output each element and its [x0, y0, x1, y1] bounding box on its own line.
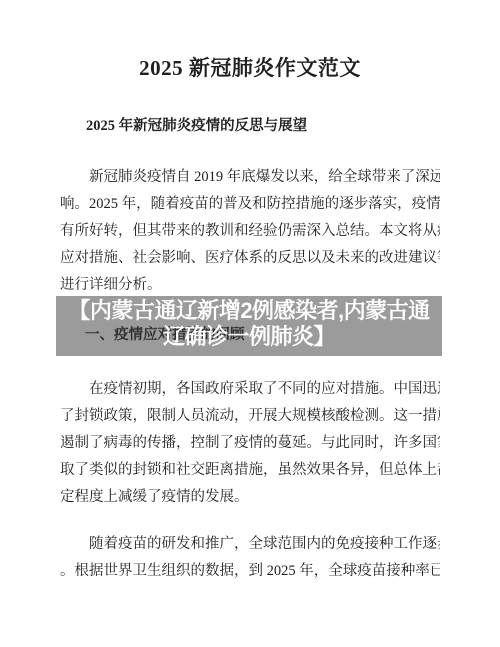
paragraph-line: 进行详细分析。 — [60, 272, 440, 299]
overlay-banner-text: 【内蒙古通辽新增2例感染者,内蒙古通 辽确诊一例肺炎】 — [56, 296, 442, 356]
paragraph-response-measures: 在疫情初期，各国政府采取了不同的应对措施。中国迅速实施 了封锁政策，限制人员流动… — [60, 376, 440, 511]
essay-subtitle: 2025 年新冠肺炎疫情的反思与展望 — [60, 116, 440, 136]
paragraph-intro: 新冠肺炎疫情自 2019 年底爆发以来，给全球带来了深远的影 响。2025 年，… — [60, 164, 440, 299]
paragraph-line: 随着疫苗的研发和推广，全球范围内的免疫接种工作逐步展开 — [60, 531, 440, 558]
paragraph-line: 应对措施、社会影响、医疗体系的反思以及未来的改进建议等方面 — [60, 245, 440, 272]
overlay-line: 辽确诊一例肺炎】 — [56, 324, 442, 350]
paragraph-line: 有所好转，但其带来的教训和经验仍需深入总结。本文将从疫情的 — [60, 218, 440, 245]
paragraph-line: 取了类似的封锁和社交距离措施，虽然效果各异，但总体上都在一 — [60, 457, 440, 484]
overlay-line: 【内蒙古通辽新增2例感染者,内蒙古通 — [56, 298, 442, 324]
document-page: 2025 新冠肺炎作文范文 2025 年新冠肺炎疫情的反思与展望 新冠肺炎疫情自… — [0, 0, 500, 647]
paragraph-line: 响。2025 年，随着疫苗的普及和防控措施的逐步落实，疫情的形势 — [60, 191, 440, 218]
paragraph-line: 定程度上减缓了疫情的发展。 — [60, 484, 440, 511]
paragraph-line: 了封锁政策，限制人员流动，开展大规模核酸检测。这一措施有效 — [60, 403, 440, 430]
essay-title: 2025 新冠肺炎作文范文 — [0, 52, 500, 84]
paragraph-vaccination: 随着疫苗的研发和推广，全球范围内的免疫接种工作逐步展开 。根据世界卫生组织的数据… — [60, 531, 440, 585]
paragraph-line: 新冠肺炎疫情自 2019 年底爆发以来，给全球带来了深远的影 — [60, 164, 440, 191]
paragraph-line: 。根据世界卫生组织的数据，到 2025 年，全球疫苗接种率已达到 — [60, 558, 440, 585]
paragraph-line: 遏制了病毒的传播，控制了疫情的蔓延。与此同时，许多国家也采 — [60, 430, 440, 457]
paragraph-line: 在疫情初期，各国政府采取了不同的应对措施。中国迅速实施 — [60, 376, 440, 403]
